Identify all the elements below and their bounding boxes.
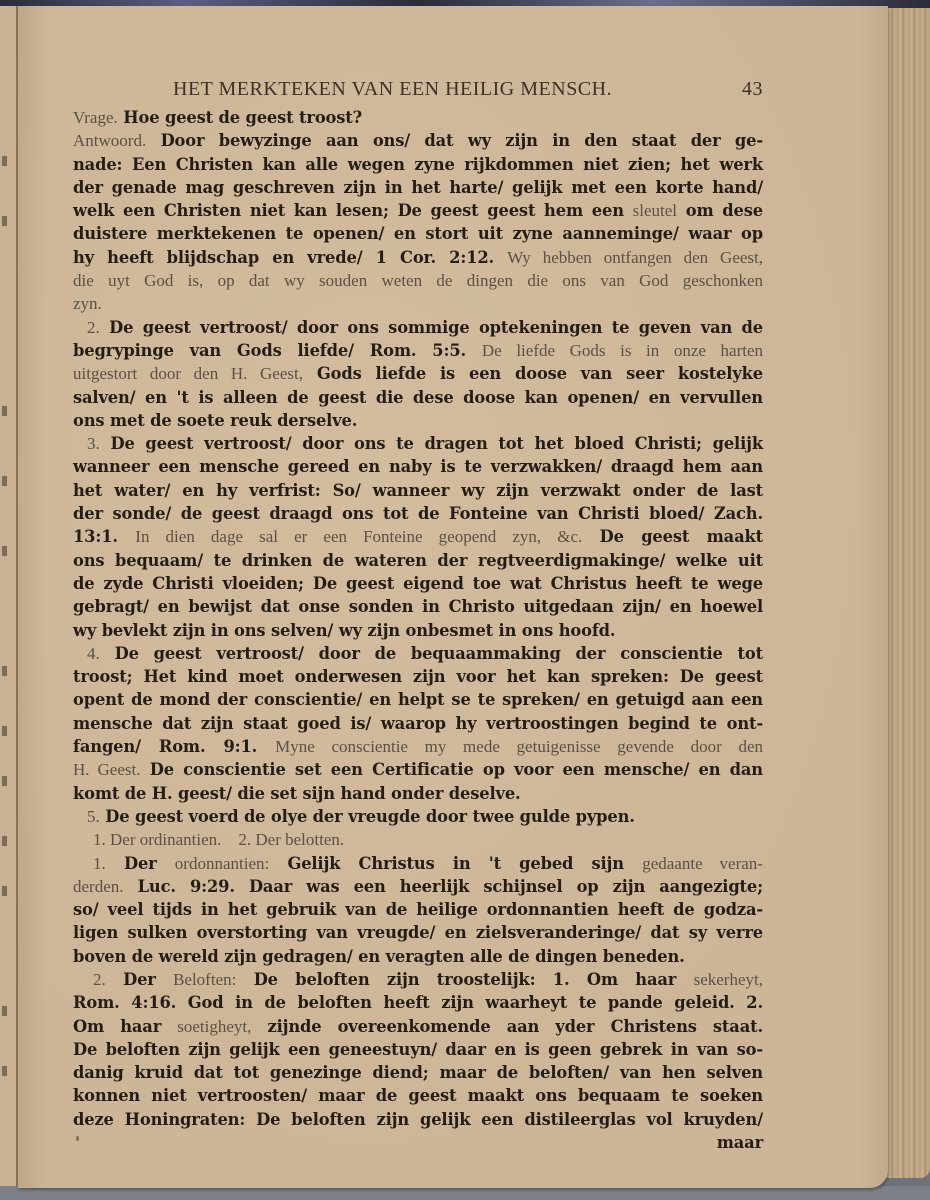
text-line: H. Geest. De conscientie set een Certifi… — [73, 758, 763, 781]
text-line: gebragt/ en bewijst dat onse sonden in C… — [73, 595, 763, 618]
text-line: Antwoord. Door bewyzinge aan ons/ dat wy… — [73, 129, 763, 152]
text-line: deze Honingraten: De beloften zijn gelij… — [73, 1108, 763, 1131]
text-line: troost; Het kind moet onderwesen zijn vo… — [73, 665, 763, 688]
text-line: wanneer een mensche gereed en naby is te… — [73, 455, 763, 478]
text-line: 13:1. In dien dage sal er een Fonteine g… — [73, 525, 763, 548]
subitem-2-start: 2. Der Beloften: De beloften zijn troost… — [73, 968, 763, 991]
text-line: ons met de soete reuk derselve. — [73, 409, 763, 432]
text-line: zyn. — [73, 292, 763, 315]
paragraph-3-start: 3. De geest vertroost/ door ons te drage… — [73, 432, 763, 455]
text-line: danig kruid dat tot genezinge diend; maa… — [73, 1061, 763, 1084]
paragraph-2-start: 2. De geest vertroost/ door ons sommige … — [73, 316, 763, 339]
text-line: Rom. 4:16. God in de beloften heeft zijn… — [73, 991, 763, 1014]
running-header: HET MERKTEKEN VAN EEN HEILIG MENSCH. 43 — [73, 72, 763, 106]
text-line: ligen sulken overstorting van vreugde/ e… — [73, 921, 763, 944]
text-line: nade: Een Christen kan alle wegen zyne r… — [73, 153, 763, 176]
text-line: het water/ en hy verfrist: So/ wanneer w… — [73, 479, 763, 502]
text-line: mensche dat zijn staat goed is/ waarop h… — [73, 712, 763, 735]
text-line: duistere merktekenen te openen/ en stort… — [73, 222, 763, 245]
text-line: wy bevlekt zijn in ons selven/ wy zijn o… — [73, 619, 763, 642]
text-line: komt de H. geest/ die set sijn hand onde… — [73, 782, 763, 805]
text-line: boven de wereld zijn gedragen/ en veragt… — [73, 945, 763, 968]
text-line: de zyde Christi vloeiden; De geest eigen… — [73, 572, 763, 595]
text-line: der sonde/ de geest draagd ons tot de Fo… — [73, 502, 763, 525]
paragraph-5-start: 5. De geest voerd de olye der vreugde do… — [73, 805, 763, 828]
text-line: so/ veel tijds in het gebruik van de hei… — [73, 898, 763, 921]
text-line: die uyt God is, op dat wy souden weten d… — [73, 269, 763, 292]
text-line: hy heeft blijdschap en vrede/ 1 Cor. 2:1… — [73, 246, 763, 269]
text-line: ons bequaam/ te drinken de wateren der r… — [73, 549, 763, 572]
text-line: uitgestort door den H. Geest, Gods liefd… — [73, 362, 763, 385]
text-line: begrypinge van Gods liefde/ Rom. 5:5. De… — [73, 339, 763, 362]
text-line: opent de mond der conscientie/ en helpt … — [73, 688, 763, 711]
text-line: konnen niet vertroosten/ maar de geest m… — [73, 1084, 763, 1107]
page-stack-edges — [884, 8, 930, 1178]
text-line: derden. Luc. 9:29. Daar was een heerlijk… — [73, 875, 763, 898]
text-line: fangen/ Rom. 9:1. Myne conscientie my me… — [73, 735, 763, 758]
catchword: maar — [73, 1131, 763, 1154]
text-line: Om haar soetigheyt, zijnde overeenkomend… — [73, 1015, 763, 1038]
text-line: welk een Christen niet kan lesen; De gee… — [73, 199, 763, 222]
question-line: Vrage. Hoe geest de geest troost? — [73, 106, 763, 129]
running-title: HET MERKTEKEN VAN EEN HEILIG MENSCH. — [173, 78, 612, 101]
previous-page-edge — [0, 6, 18, 1191]
text-line: De beloften zijn gelijk een geneestuyn/ … — [73, 1038, 763, 1061]
subitem-1-start: 1. Der ordonnantien: Gelijk Christus in … — [73, 852, 763, 875]
text-line: der genade mag geschreven zijn in het ha… — [73, 176, 763, 199]
page-content: HET MERKTEKEN VAN EEN HEILIG MENSCH. 43 … — [73, 72, 763, 1154]
text-line: salven/ en 't is alleen de geest die des… — [73, 386, 763, 409]
body-text: Vrage. Hoe geest de geest troost? Antwoo… — [73, 106, 763, 1154]
page-number: 43 — [742, 78, 763, 101]
table-surface — [0, 1186, 930, 1200]
paragraph-4-start: 4. De geest vertroost/ door de bequaamma… — [73, 642, 763, 665]
subitems-line: 1. Der ordinantien. 2. Der belotten. — [73, 828, 763, 851]
